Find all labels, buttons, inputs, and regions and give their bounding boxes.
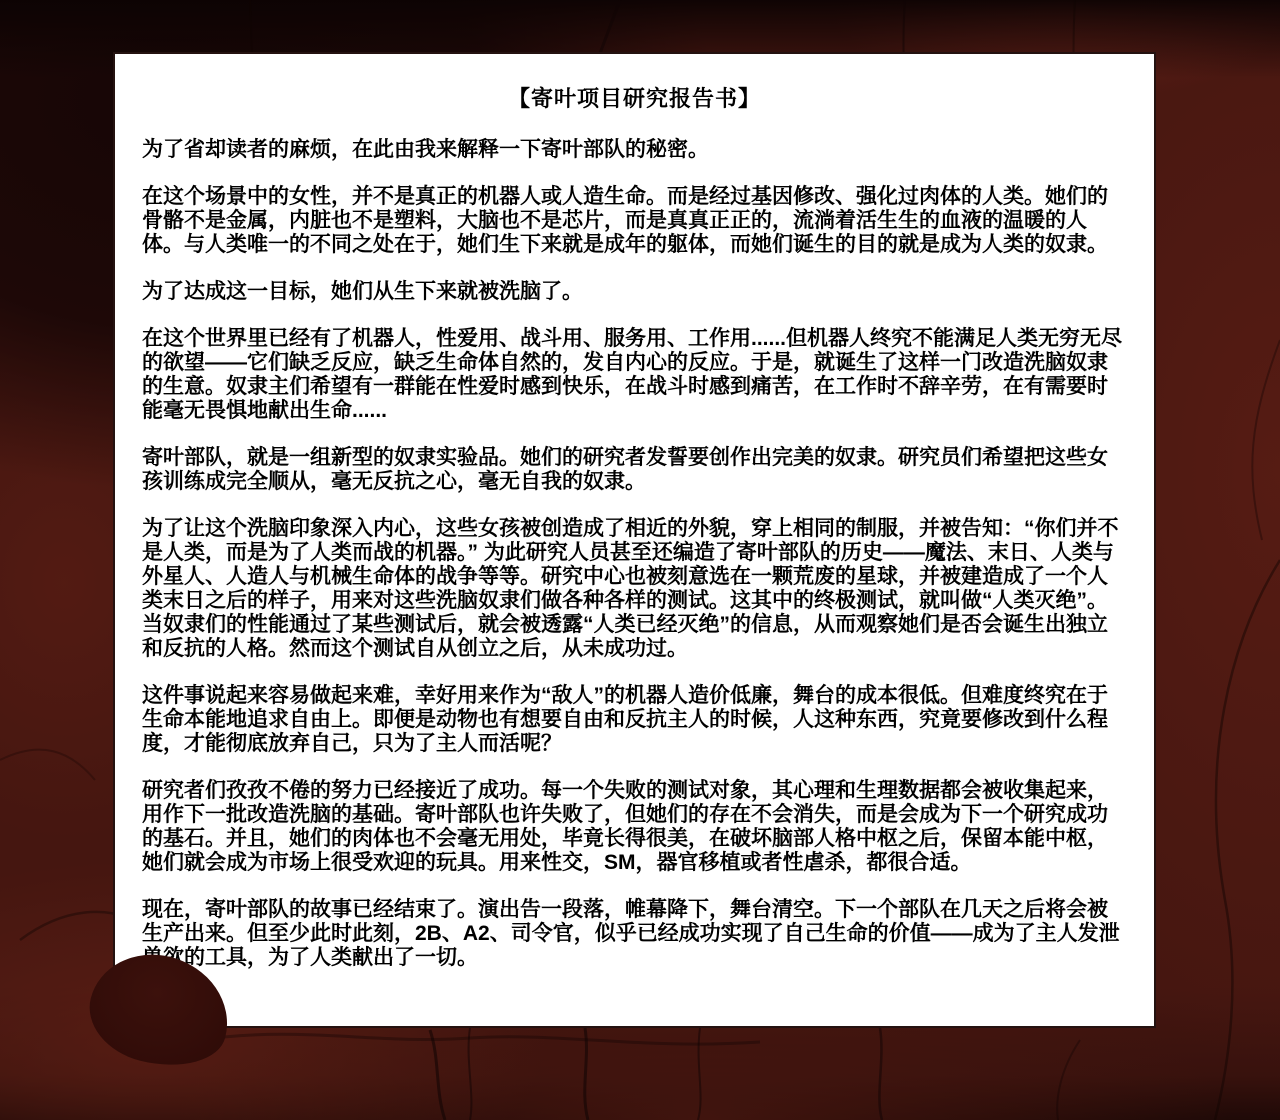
page: 【寄叶项目研究报告书】 为了省却读者的麻烦，在此由我来解释一下寄叶部队的秘密。 … — [0, 0, 1280, 1120]
report-paragraph: 为了让这个洗脑印象深入内心，这些女孩被创造成了相近的外貌，穿上相同的制服，并被告… — [142, 517, 1127, 661]
report-paragraph: 现在，寄叶部队的故事已经结束了。演出告一段落，帷幕降下，舞台清空。下一个部队在几… — [142, 898, 1127, 970]
report-paragraph: 在这个场景中的女性，并不是真正的机器人或人造生命。而是经过基因修改、强化过肉体的… — [142, 185, 1127, 257]
report-paragraph: 研究者们孜孜不倦的努力已经接近了成功。每一个失败的测试对象，其心理和生理数据都会… — [142, 779, 1127, 875]
report-title: 【寄叶项目研究报告书】 — [142, 86, 1127, 112]
report-panel: 【寄叶项目研究报告书】 为了省却读者的麻烦，在此由我来解释一下寄叶部队的秘密。 … — [113, 52, 1156, 1028]
report-paragraph: 为了省却读者的麻烦，在此由我来解释一下寄叶部队的秘密。 — [142, 138, 1127, 162]
report-paragraph: 寄叶部队，就是一组新型的奴隶实验品。她们的研究者发誓要创作出完美的奴隶。研究员们… — [142, 446, 1127, 494]
report-paragraph: 这件事说起来容易做起来难，幸好用来作为“敌人”的机器人造价低廉，舞台的成本很低。… — [142, 684, 1127, 756]
report-paragraph: 为了达成这一目标，她们从生下来就被洗脑了。 — [142, 280, 1127, 304]
report-paragraph: 在这个世界里已经有了机器人，性爱用、战斗用、服务用、工作用......但机器人终… — [142, 327, 1127, 423]
